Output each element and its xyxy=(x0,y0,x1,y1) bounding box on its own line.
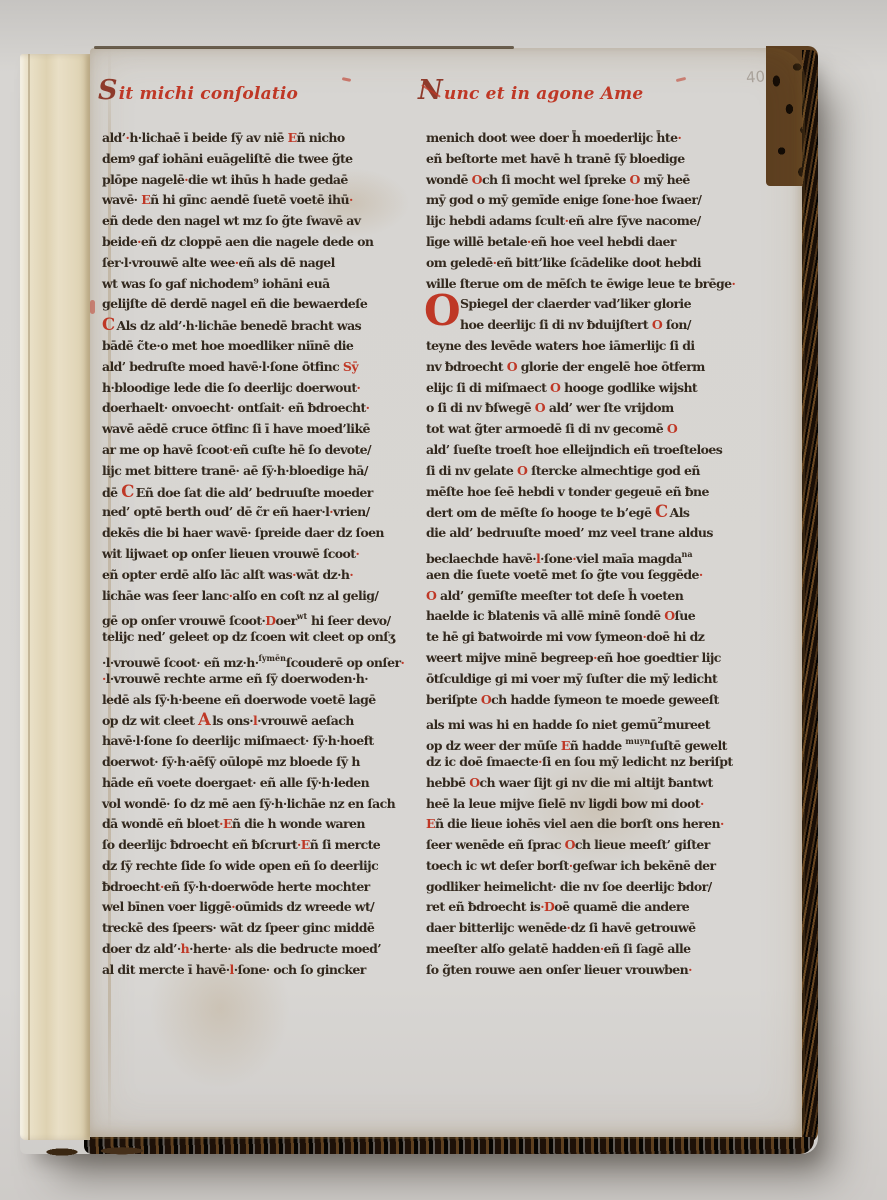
text-line: meeſter alſo gelatē hadden·eñ ſi ſagē al… xyxy=(426,939,760,960)
text-line: doerwot· ſȳ·h·aēſȳ oūlopē mz bloede ſȳ h xyxy=(102,752,418,773)
text-line: wondē Och ſi mocht wel ſpreke O mȳ heē xyxy=(426,170,760,191)
text-line: O ald’ gemīſte meeſter tot deſe h̄ voete… xyxy=(426,586,760,607)
running-title-left-text: it michi conſolatio xyxy=(119,84,298,104)
running-title-right-text: unc et in agone Ame xyxy=(444,84,643,104)
text-line: wit lijwaet op onſer lieuen vrouwē ſcoot… xyxy=(102,544,418,565)
text-line: Spiegel der claerder vad’liker glorie xyxy=(426,294,760,315)
text-line: beide·eñ dz cloppē aen die nagele dede o… xyxy=(102,232,418,253)
leather-binding-bottom-edge xyxy=(84,1137,814,1154)
text-line: aen die ſuete voetē met ſo g̃te vou ſegg… xyxy=(426,565,760,586)
text-line: lijc hebdi adams ſcult·eñ alre ſȳve naco… xyxy=(426,211,760,232)
running-title-left: Sit michi conſolatio xyxy=(98,84,298,104)
text-line: op dz weer der mūſe Eñ hadde muynſuſtē g… xyxy=(426,731,760,752)
text-line: ald’ ſueſte troeſt hoe elleijndich eñ tr… xyxy=(426,440,760,461)
text-line: eñ beſtorte met havē h tranē ſȳ bloedige xyxy=(426,149,760,170)
text-line: wille ſterue om de mēſch te ēwige leue t… xyxy=(426,274,760,295)
text-line: elijc ſi di miſmaect O hooge godlike wij… xyxy=(426,378,760,399)
text-line: gelijſte dē derdē nagel eñ die bewaerdeſ… xyxy=(102,294,418,315)
text-line: dā wondē eñ bloet·Eñ die h wonde waren xyxy=(102,814,418,835)
text-line: hebbē Och waer ſijt gi nv die mi altijt … xyxy=(426,773,760,794)
text-line: doer dz ald’·h·herte· als die bedructe m… xyxy=(102,939,418,960)
text-line: mēſte hoe ſeē hebdi v tonder gegeuē eñ ƀ… xyxy=(426,482,760,503)
text-line: beclaechde havē·l·ſone·viel maīa magdana xyxy=(426,544,760,565)
text-line: dert om de mēſte ſo hooge te b’egē CAls xyxy=(426,502,760,523)
text-line: ·l·vrouwē ſcoot· eñ mz·h·ſymēnſcouderē o… xyxy=(102,648,418,669)
illuminated-initial: O xyxy=(424,290,460,332)
text-line: o ſi di nv ƀſwegē O ald’ wer ſte vrijdom xyxy=(426,398,760,419)
text-line: ar me op havē ſcoot·eñ cuſte hē ſo devot… xyxy=(102,440,418,461)
text-line: ſer·l·vrouwē alte wee·eñ als dē nagel xyxy=(102,253,418,274)
text-line: ſeer wenēde eñ ſprac Och lieue meeſt’ gi… xyxy=(426,835,760,856)
text-line: wavē aēdē cruce ōtfinc ſi ī have moed’li… xyxy=(102,419,418,440)
binding-dark-bits xyxy=(38,1146,158,1158)
text-line: telijc ned’ geleet op dz ſcoen wit cleet… xyxy=(102,627,418,648)
page-stack-gutter xyxy=(20,54,90,1140)
text-line: teyne des levēde waters hoe iāmerlijc ſi… xyxy=(426,336,760,357)
text-line: weert mijve minē begreep·eñ hoe goedtier… xyxy=(426,648,760,669)
photo-background: { "page": { "folio_number": "40", "heade… xyxy=(0,0,887,1200)
text-column-left: ald’·h·lichaē ī beide ſȳ av niē Eñ nicho… xyxy=(102,128,418,981)
red-ink-smudge xyxy=(342,77,351,82)
text-line: ledē als ſȳ·h·beene eñ doerwode voetē la… xyxy=(102,690,418,711)
text-line: dekēs die bi haer wavē· ſpreide daer dz … xyxy=(102,523,418,544)
text-line: hoe deerlijc ſi di nv ƀduijſtert O ſon/ xyxy=(426,315,760,336)
rubric-initial: S xyxy=(98,75,118,106)
text-line: ald’·h·lichaē ī beide ſȳ av niē Eñ nicho xyxy=(102,128,418,149)
text-line: eñ dede den nagel wt mz ſo g̃te ſwavē av xyxy=(102,211,418,232)
text-line: beriſpte Och hadde ſymeon te moede gewee… xyxy=(426,690,760,711)
text-line: CAls dz ald’·h·lichāe benedē bracht was xyxy=(102,315,418,336)
text-line: wel bīnen voer liggē·oūmids dz wreede wt… xyxy=(102,897,418,918)
text-line: te hē gi ƀatwoirde mi vow ſymeon·doē hi … xyxy=(426,627,760,648)
text-line: dz ic doē ſmaecte·ſi en ſou mȳ ledicht n… xyxy=(426,752,760,773)
running-title-right: Nunc et in agone Ame xyxy=(418,84,643,104)
page-top-edge xyxy=(94,46,514,49)
text-line: Eñ die lieue iohēs viel aen die borſt on… xyxy=(426,814,760,835)
text-line: eñ opter erdē alſo lāc alſt was·wāt dz·h… xyxy=(102,565,418,586)
text-line: lijc met bittere tranē· aē ſȳ·h·bloedige… xyxy=(102,461,418,482)
text-line: ſo g̃ten rouwe aen onſer lieuer vrouwben… xyxy=(426,960,760,981)
text-line: dē CEñ doe ſat die ald’ bedruuſte moeder xyxy=(102,482,418,503)
text-line: ſo deerlijc ƀdroecht eñ ƀſcrurt·Eñ ſi me… xyxy=(102,835,418,856)
text-line: h·bloodige lede die ſo deerlijc doerwout… xyxy=(102,378,418,399)
text-line: demꝰ gaf iohāni euāgeliſtē die twee g̃te xyxy=(102,149,418,170)
text-line: plōpe nagelē·die wt ihūs h hade gedaē xyxy=(102,170,418,191)
text-line: om geledē·eñ bitt’like ſcādelike doot he… xyxy=(426,253,760,274)
text-line: wt was ſo gaf nichodem⁹ iohāni euā xyxy=(102,274,418,295)
red-ink-smudge xyxy=(90,300,95,314)
text-line: toech ic wt deſer borſt·geſwar ich bekēn… xyxy=(426,856,760,877)
text-line: ned’ optē berth oud’ dē c̃r eñ haer·l·vr… xyxy=(102,502,418,523)
text-line: havē·l·ſone ſo deerlijc miſmaect· ſȳ·h·h… xyxy=(102,731,418,752)
text-line: ·l·vrouwē rechte arme eñ ſȳ doerwoden·h· xyxy=(102,669,418,690)
text-line: ret eñ ƀdroecht is·Doē quamē die andere xyxy=(426,897,760,918)
text-line: nv ƀdroecht O glorie der engelē hoe ōtfe… xyxy=(426,357,760,378)
red-ink-smudge xyxy=(676,77,686,82)
text-line: lichāe was ſeer lanc·alſo en coſt nz al … xyxy=(102,586,418,607)
text-line: ald’ bedruſte moed havē·l·ſone ōtfinc Sȳ xyxy=(102,357,418,378)
text-line: al dit mercte ī havē·l·ſone· och ſo ginc… xyxy=(102,960,418,981)
text-line: haelde ic ƀlatenis vā allē minē ſondē Oſ… xyxy=(426,606,760,627)
text-line: gē op onſer vrouwē ſcoot·Doerwt hi ſeer … xyxy=(102,606,418,627)
text-line: dz ſȳ rechte ſide ſo wide open eñ ſo dee… xyxy=(102,856,418,877)
text-line: ƀdroecht·eñ ſȳ·h·doerwōde herte mochter xyxy=(102,877,418,898)
text-line: als mi was hi en hadde ſo niet gemū2mure… xyxy=(426,710,760,731)
text-line: heē la leue mijve ſielē nv ligdi bow mi … xyxy=(426,794,760,815)
text-column-right: menich doot wee doer h̄ moederlijc h̄te·… xyxy=(426,128,760,981)
text-line: bādē c̃te·o met hoe moedliker niīnē die xyxy=(102,336,418,357)
text-line: menich doot wee doer h̄ moederlijc h̄te· xyxy=(426,128,760,149)
folio-number: 40 xyxy=(745,67,765,86)
text-line: hāde eñ voete doergaet· eñ alle ſȳ·h·led… xyxy=(102,773,418,794)
text-line: treckē des ſpeers· wāt dz ſpeer ginc mid… xyxy=(102,918,418,939)
text-line: ſi di nv gelate O ſtercke almechtige god… xyxy=(426,461,760,482)
manuscript-book: 40 Sit michi conſolatio Nunc et in agone… xyxy=(20,46,818,1154)
text-line: līge willē betale·eñ hoe veel hebdi daer xyxy=(426,232,760,253)
manuscript-page: 40 Sit michi conſolatio Nunc et in agone… xyxy=(90,48,805,1139)
text-line: mȳ god o mȳ gemīde enige ſone·hoe ſwaer/ xyxy=(426,190,760,211)
text-line: godliker heimelicht· die nv ſoe deerlijc… xyxy=(426,877,760,898)
text-line: op dz wit cleet Als ons·l·vrouwē aeſach xyxy=(102,710,418,731)
text-line: ōtſculdige gi mi voer mȳ ſuſter die mȳ l… xyxy=(426,669,760,690)
text-line: die ald’ bedruuſte moed’ mz veel trane a… xyxy=(426,523,760,544)
text-line: doerhaelt· onvoecht· ontſait· eñ ƀdroech… xyxy=(102,398,418,419)
text-line: wavē· Eñ hi gīnc aendē ſuetē voetē ihū· xyxy=(102,190,418,211)
text-line: vol wondē· ſo dz mē aen ſȳ·h·lichāe nz e… xyxy=(102,794,418,815)
pricking-holes xyxy=(765,508,777,1108)
text-line: tot wat g̃ter armoedē ſi di nv gecomē O xyxy=(426,419,760,440)
text-line: daer bitterlijc wenēde·dz ſi havē getrou… xyxy=(426,918,760,939)
